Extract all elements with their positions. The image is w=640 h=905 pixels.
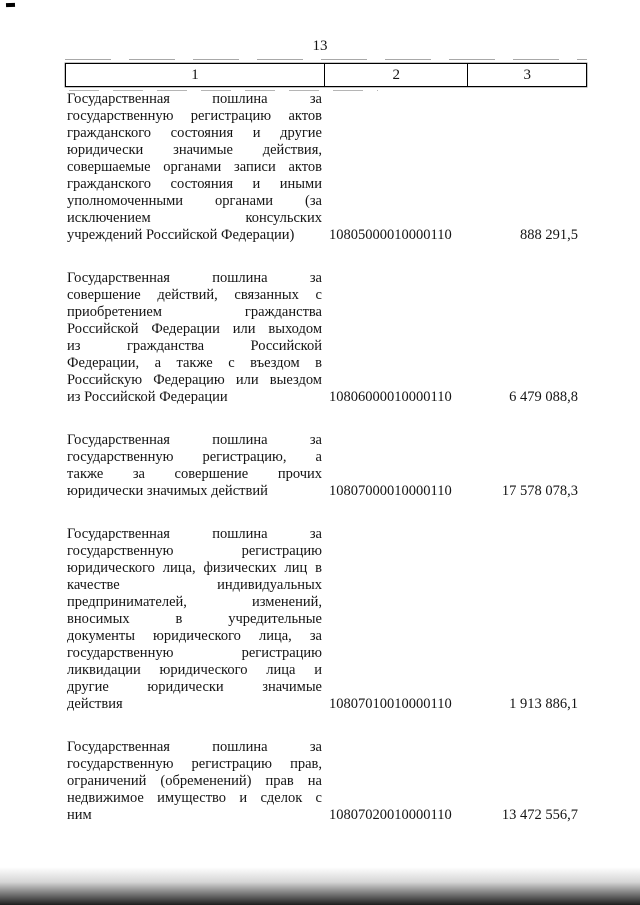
row-name-line: предпринимателей, изменений, xyxy=(67,594,322,611)
row-name-line: гражданского состояния и другие xyxy=(67,125,322,142)
row-name-line: государственную регистрацию xyxy=(67,543,322,560)
row-budget-code: 10806000010000110 xyxy=(322,389,468,406)
row-name-line: Государственная пошлина за xyxy=(67,91,322,108)
row-name-line: Федерации, а также с въездом в xyxy=(67,355,322,372)
row-name-line: государственную регистрацию актов xyxy=(67,108,322,125)
row-budget-code: 10807000010000110 xyxy=(322,483,468,500)
row-name: Государственная пошлина загосударственну… xyxy=(65,526,322,713)
row-amount: 17 578 078,3 xyxy=(468,483,587,500)
row-name-line: из гражданства Российской xyxy=(67,338,322,355)
row-name-line: Государственная пошлина за xyxy=(67,432,322,449)
table-row: Государственная пошлина засовершение дей… xyxy=(65,270,587,406)
row-name-line: Государственная пошлина за xyxy=(67,739,322,756)
row-budget-code: 10805000010000110 xyxy=(322,227,468,244)
row-name-line: Государственная пошлина за xyxy=(67,270,322,287)
row-name-line: приобретением гражданства xyxy=(67,304,322,321)
row-name-line: юридического лица, физических лиц в xyxy=(67,560,322,577)
row-name-line: исключением консульских xyxy=(67,210,322,227)
row-amount: 1 913 886,1 xyxy=(468,696,587,713)
row-name-line: из Российской Федерации xyxy=(67,389,322,406)
table-row: Государственная пошлина загосударственну… xyxy=(65,91,587,244)
row-name-line: гражданского состояния и иными xyxy=(67,176,322,193)
row-budget-code: 10807020010000110 xyxy=(322,807,468,824)
table-row: Государственная пошлина загосударственну… xyxy=(65,739,587,824)
table-body: Государственная пошлина загосударственну… xyxy=(65,91,587,850)
row-amount: 888 291,5 xyxy=(468,227,587,244)
row-name-line: юридически значимых действий xyxy=(67,483,322,500)
row-name: Государственная пошлина загосударственну… xyxy=(65,91,322,244)
row-name-line: недвижимое имущество и сделок с xyxy=(67,790,322,807)
row-name-line: также за совершение прочих xyxy=(67,466,322,483)
row-name-line: совершаемые органами записи актов xyxy=(67,159,322,176)
row-name-line: ограничений (обременений) прав на xyxy=(67,773,322,790)
row-name-line: Российскую Федерацию или выездом xyxy=(67,372,322,389)
document-page: 13 1 2 3 Государственная пошлина загосуд… xyxy=(0,0,640,905)
table-header-cell-1: 1 xyxy=(66,64,325,86)
scan-shadow-bottom xyxy=(0,867,640,905)
row-name-line: ним xyxy=(67,807,322,824)
row-amount: 6 479 088,8 xyxy=(468,389,587,406)
row-name-line: учреждений Российской Федерации) xyxy=(67,227,322,244)
row-name-line: совершение действий, связанных с xyxy=(67,287,322,304)
row-amount: 13 472 556,7 xyxy=(468,807,587,824)
row-name-line: качестве индивидуальных xyxy=(67,577,322,594)
row-name-line: вносимых в учредительные xyxy=(67,611,322,628)
row-name: Государственная пошлина загосударственну… xyxy=(65,432,322,500)
table-row: Государственная пошлина загосударственну… xyxy=(65,526,587,713)
scan-artifact-line-top xyxy=(65,59,587,60)
row-name-line: государственную регистрацию прав, xyxy=(67,756,322,773)
table-row: Государственная пошлина загосударственну… xyxy=(65,432,587,500)
row-budget-code: 10807010010000110 xyxy=(322,696,468,713)
row-name-line: уполномоченными органами (за xyxy=(67,193,322,210)
row-name: Государственная пошлина засовершение дей… xyxy=(65,270,322,406)
row-name-line: государственную регистрацию, а xyxy=(67,449,322,466)
page-number: 13 xyxy=(0,38,640,55)
table-header: 1 2 3 xyxy=(65,63,587,87)
row-name-line: ликвидации юридического лица и xyxy=(67,662,322,679)
row-name-line: Государственная пошлина за xyxy=(67,526,322,543)
row-name-line: государственную регистрацию xyxy=(67,645,322,662)
row-name-line: Российской Федерации или выходом xyxy=(67,321,322,338)
row-name-line: документы юридического лица, за xyxy=(67,628,322,645)
row-name-line: юридически значимые действия, xyxy=(67,142,322,159)
scan-artifact-speck xyxy=(6,3,15,7)
table-header-cell-3: 3 xyxy=(468,64,586,86)
row-name-line: действия xyxy=(67,696,322,713)
row-name-line: другие юридически значимые xyxy=(67,679,322,696)
row-name: Государственная пошлина загосударственну… xyxy=(65,739,322,824)
table-header-cell-2: 2 xyxy=(325,64,468,86)
